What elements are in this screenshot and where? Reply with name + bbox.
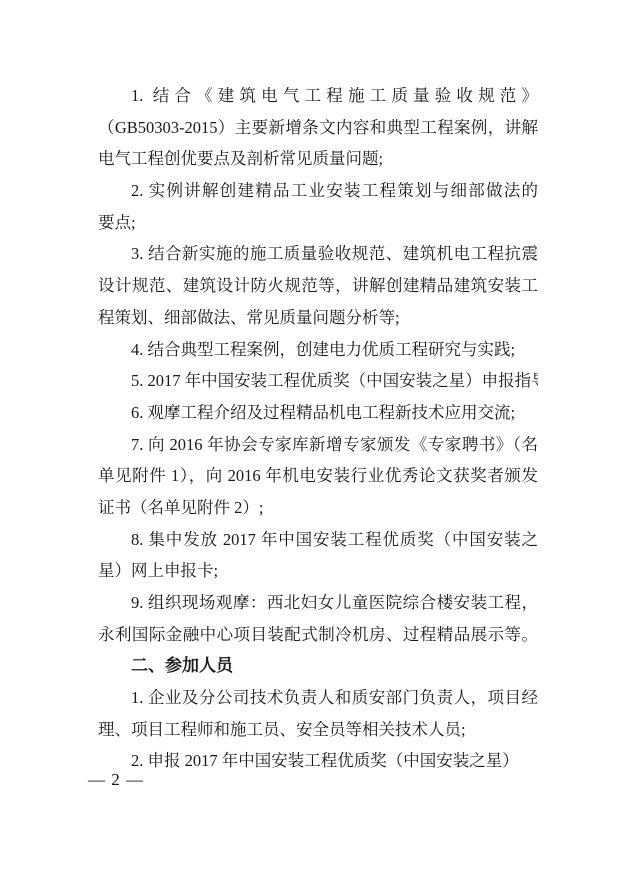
- document-page: 1. 结合《建筑电气工程施工质量验收规范》 （GB50303-2015）主要新增…: [0, 0, 620, 870]
- doc-line: 3. 结合新实施的施工质量验收规范、建筑机电工程抗震: [98, 238, 538, 270]
- doc-line: 5. 2017 年中国安装工程优质奖（中国安装之星）申报指导;: [98, 365, 538, 397]
- doc-line: 9. 组织现场观摩：西北妇女儿童医院综合楼安装工程，: [98, 587, 538, 619]
- doc-line: 电气工程创优要点及剖析常见质量问题;: [98, 143, 538, 175]
- doc-line: 8. 集中发放 2017 年中国安装工程优质奖（中国安装之: [98, 524, 538, 556]
- doc-line: 6. 观摩工程介绍及过程精品机电工程新技术应用交流;: [98, 397, 538, 429]
- doc-line: 4. 结合典型工程案例，创建电力优质工程研究与实践;: [98, 334, 538, 366]
- doc-line: 程策划、细部做法、常见质量问题分析等;: [98, 302, 538, 334]
- doc-line: 2. 申报 2017 年中国安装工程优质奖（中国安装之星）: [98, 745, 538, 777]
- doc-line: 单见附件 1），向 2016 年机电安装行业优秀论文获奖者颁发: [98, 460, 538, 492]
- doc-line: 1. 结合《建筑电气工程施工质量验收规范》: [98, 80, 538, 112]
- doc-line: 1. 企业及分公司技术负责人和质安部门负责人，项目经: [98, 682, 538, 714]
- document-text-block: 1. 结合《建筑电气工程施工质量验收规范》 （GB50303-2015）主要新增…: [98, 80, 538, 777]
- doc-line: 要点;: [98, 207, 538, 239]
- section-heading-participants: 二、参加人员: [98, 650, 538, 682]
- doc-line: 理、项目工程师和施工员、安全员等相关技术人员;: [98, 714, 538, 746]
- doc-line: 永利国际金融中心项目装配式制冷机房、过程精品展示等。: [98, 619, 538, 651]
- doc-line: 证书（名单见附件 2）;: [98, 492, 538, 524]
- page-number: — 2 —: [88, 770, 144, 790]
- doc-line: 7. 向 2016 年协会专家库新增专家颁发《专家聘书》（名: [98, 429, 538, 461]
- doc-line: 2. 实例讲解创建精品工业安装工程策划与细部做法的: [98, 175, 538, 207]
- doc-line: （GB50303-2015）主要新增条文内容和典型工程案例，讲解: [98, 112, 538, 144]
- doc-line: 设计规范、建筑设计防火规范等，讲解创建精品建筑安装工: [98, 270, 538, 302]
- doc-line: 星）网上申报卡;: [98, 555, 538, 587]
